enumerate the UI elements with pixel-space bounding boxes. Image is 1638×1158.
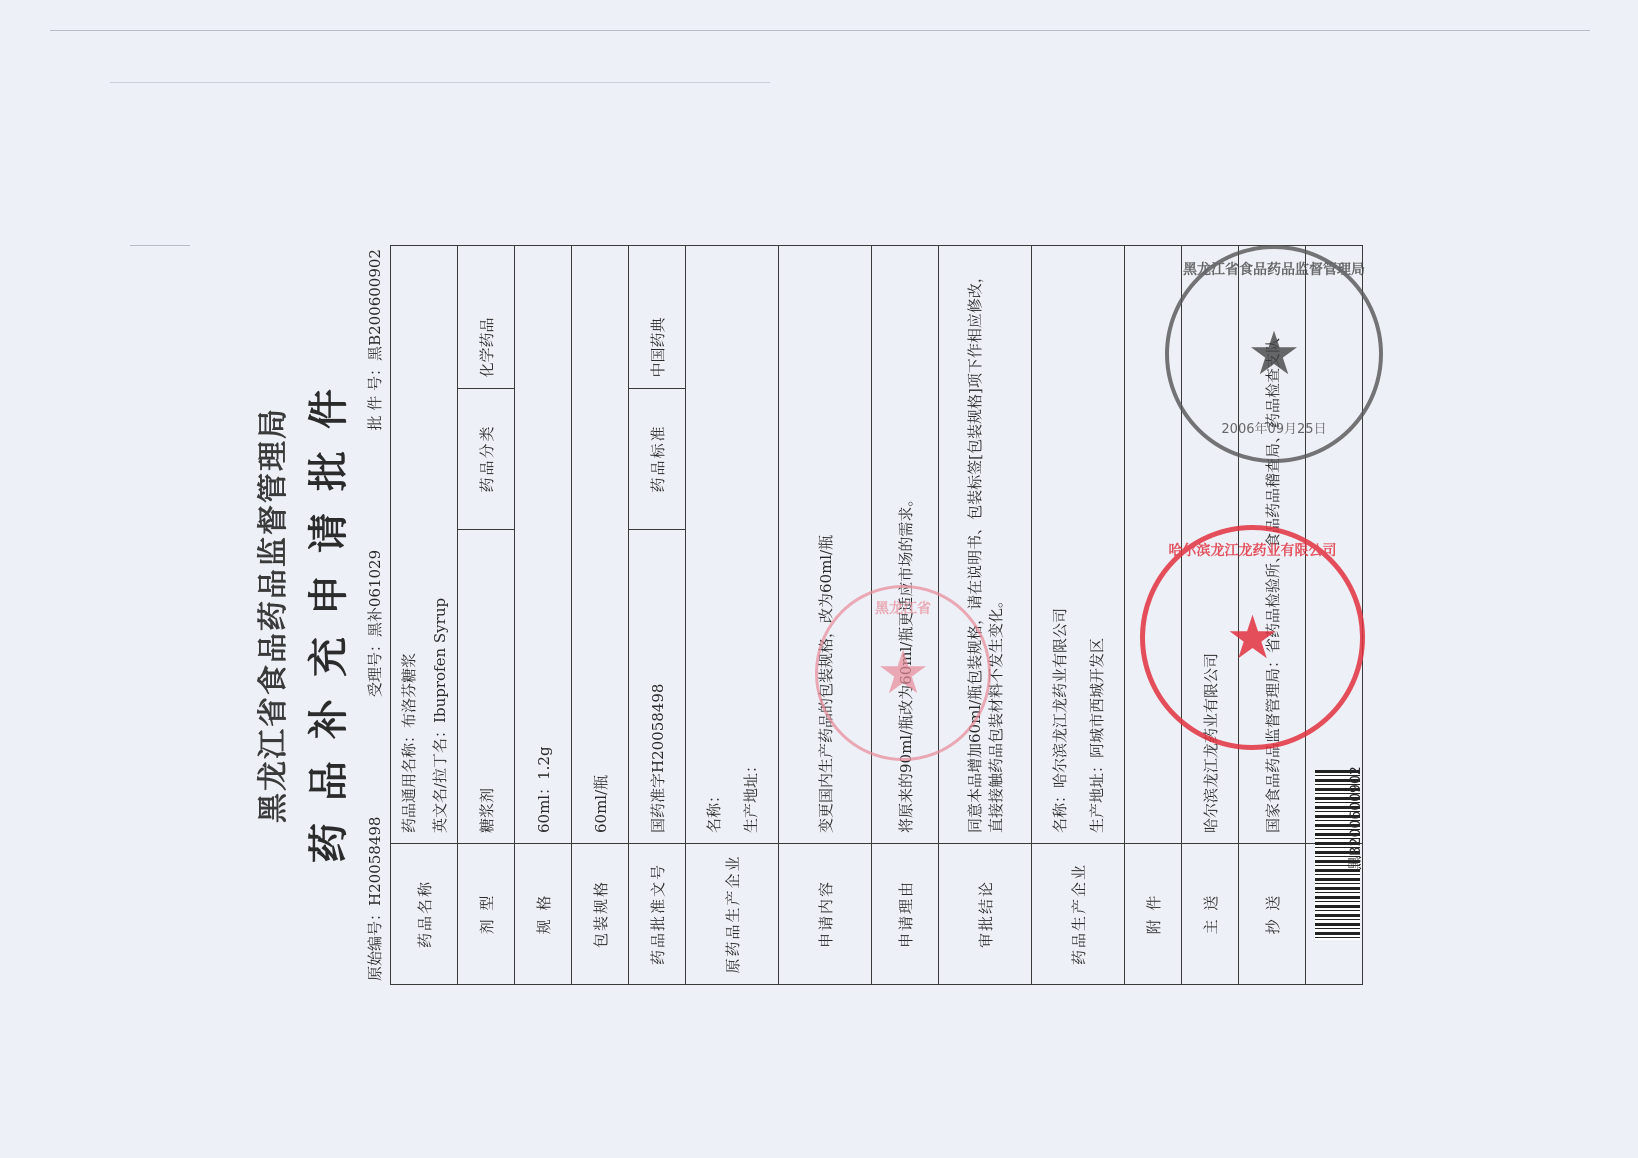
- main-recipient-label: 主 送: [1182, 844, 1239, 985]
- acceptance-number: 受理号：黑补061029: [360, 550, 390, 697]
- packaging-label: 包装规格: [572, 844, 629, 985]
- specification-label: 规 格: [515, 844, 572, 985]
- application-content-value: 变更国内生产药品的包装规格，改为60ml/瓶: [779, 246, 872, 844]
- table-row: 原药品生产企业 名称： 生产地址：: [686, 246, 779, 985]
- drug-name-label: 药品名称: [391, 844, 458, 985]
- agency-seal: ★ 黑龙江省食品药品监督管理局 2006年09月25日: [1165, 245, 1383, 463]
- application-reason-label: 申请理由: [872, 844, 939, 985]
- conclusion-label: 审批结论: [939, 844, 1032, 985]
- scan-edge-line: [110, 82, 770, 83]
- table-row: 包装规格 60ml/瓶: [572, 246, 629, 985]
- drug-category-label: 药品分类: [458, 388, 515, 529]
- drug-category-value: 化学药品: [458, 246, 515, 389]
- drug-standard-value: 中国药典: [629, 246, 686, 389]
- pink-seal: ★ 黑龙江省: [815, 585, 991, 761]
- drug-name-value: 药品通用名称：布洛芬糖浆 英文名/拉丁名：Ibuprofen Syrup: [391, 246, 458, 844]
- approval-doc-label: 药品批准文号: [629, 844, 686, 985]
- approval-number: 批 件 号：黑B200600902: [360, 249, 390, 430]
- api-manufacturer-value: 名称： 生产地址：: [686, 246, 779, 844]
- star-icon: ★: [1226, 608, 1280, 668]
- table-row: 剂 型 糖浆剂 药品分类 化学药品: [458, 246, 515, 985]
- dosage-form-label: 剂 型: [458, 844, 515, 985]
- manufacturer-value: 名称：哈尔滨龙江龙药业有限公司 生产地址：阿城市西城开发区: [1032, 246, 1125, 844]
- original-number: 原始编号：H20058498: [360, 817, 390, 981]
- document-title: 药品补充申请批件: [298, 245, 360, 985]
- dosage-form-value: 糖浆剂: [458, 529, 515, 843]
- star-icon: ★: [876, 643, 930, 703]
- star-icon: ★: [1247, 324, 1301, 384]
- company-seal: ★ 哈尔滨龙江龙药业有限公司: [1140, 525, 1365, 750]
- specification-value: 60ml：1.2g: [515, 246, 572, 844]
- scan-edge-line: [50, 30, 1590, 31]
- attachment-label: 附 件: [1125, 844, 1182, 985]
- table-row: 药品批准文号 国药准字H20058498 药品标准 中国药典: [629, 246, 686, 985]
- application-content-label: 申请内容: [779, 844, 872, 985]
- scan-edge-line: [130, 245, 190, 246]
- manufacturer-label: 药品生产企业: [1032, 844, 1125, 985]
- reference-line: 原始编号：H20058498 受理号：黑补061029 批 件 号：黑B2006…: [360, 245, 390, 985]
- table-row: 药品生产企业 名称：哈尔滨龙江龙药业有限公司 生产地址：阿城市西城开发区: [1032, 246, 1125, 985]
- approval-doc-value: 国药准字H20058498: [629, 529, 686, 843]
- barcode-caption: 黑B200600902: [1345, 766, 1365, 870]
- table-row: 规 格 60ml：1.2g: [515, 246, 572, 985]
- api-manufacturer-label: 原药品生产企业: [686, 844, 779, 985]
- packaging-value: 60ml/瓶: [572, 246, 629, 844]
- agency-name: 黑龙江省食品药品监督管理局: [250, 245, 298, 985]
- cc-label: 抄 送: [1239, 844, 1306, 985]
- drug-standard-label: 药品标准: [629, 388, 686, 529]
- conclusion-value: 同意本品增加60ml/瓶包装规格，请在说明书、包装标签[包装规格]项下作相应修改…: [939, 246, 1032, 844]
- table-row: 药品名称 药品通用名称：布洛芬糖浆 英文名/拉丁名：Ibuprofen Syru…: [391, 246, 458, 985]
